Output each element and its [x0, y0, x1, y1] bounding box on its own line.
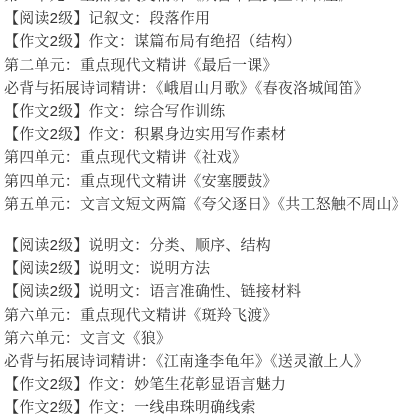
- syllabus-line: 【作文2级】作文：综合写作训练: [4, 100, 398, 123]
- syllabus-line: 【作文2级】作文：妙笔生花彰显语言魅力: [4, 373, 398, 396]
- syllabus-section-2: 【阅读2级】说明文：分类、顺序、结构 【阅读2级】说明文：说明方法 【阅读2级】…: [4, 234, 398, 420]
- syllabus-line: 第六单元：文言文《狼》: [4, 327, 398, 350]
- syllabus-line: 必背与拓展诗词精讲：《江南逢李龟年》《送灵澈上人》: [4, 350, 398, 373]
- syllabus-line: 【阅读2级】说明文：语言准确性、链接材料: [4, 280, 398, 303]
- syllabus-line-clipped: 第一单元：重点现代文精讲《从百草园到三味书屋》: [4, 0, 398, 7]
- syllabus-line: 【作文2级】作文：积累身边实用写作素材: [4, 123, 398, 146]
- syllabus-text-page: 第一单元：重点现代文精讲《从百草园到三味书屋》 【阅读2级】记叙文：段落作用 【…: [0, 0, 398, 420]
- syllabus-line: 第四单元：重点现代文精讲《社戏》: [4, 146, 398, 169]
- syllabus-line: 【阅读2级】说明文：说明方法: [4, 257, 398, 280]
- syllabus-line: 【阅读2级】说明文：分类、顺序、结构: [4, 234, 398, 257]
- syllabus-line: 【阅读2级】记叙文：段落作用: [4, 7, 398, 30]
- syllabus-line: 【作文2级】作文：一线串珠明确线索: [4, 396, 398, 419]
- syllabus-line: 必背与拓展诗词精讲：《峨眉山月歌》《春夜洛城闻笛》: [4, 77, 398, 100]
- syllabus-line: 第六单元：重点现代文精讲《斑羚飞渡》: [4, 304, 398, 327]
- syllabus-line: 【作文2级】作文：谋篇布局有绝招（结构）: [4, 30, 398, 53]
- syllabus-section-1: 第一单元：重点现代文精讲《从百草园到三味书屋》 【阅读2级】记叙文：段落作用 【…: [4, 0, 398, 216]
- syllabus-line: 第二单元：重点现代文精讲《最后一课》: [4, 54, 398, 77]
- syllabus-line: 第四单元：重点现代文精讲《安塞腰鼓》: [4, 170, 398, 193]
- syllabus-line: 第五单元：文言文短文两篇《夸父逐日》《共工怒触不周山》: [4, 193, 398, 216]
